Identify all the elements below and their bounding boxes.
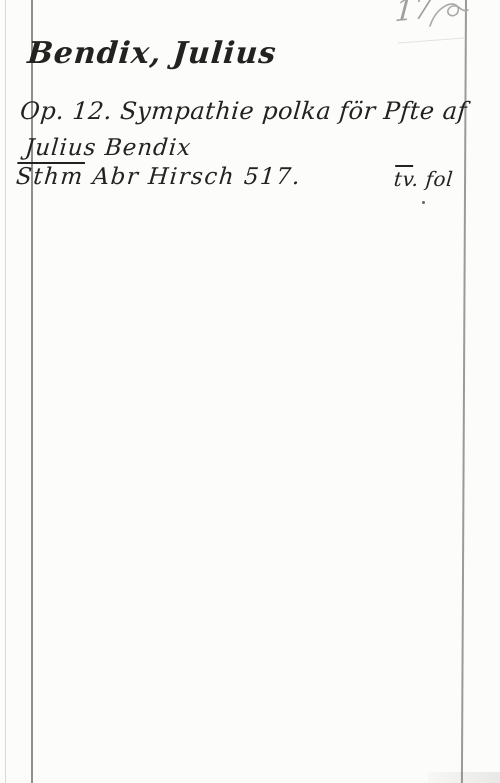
format-abbrev: tv — [393, 167, 413, 191]
entry-heading-name: Bendix, Julius — [26, 36, 278, 71]
catalog-card: 17 Bendix, Julius Op. 12. Sympathie polk… — [0, 0, 500, 783]
ink-speck — [422, 201, 425, 204]
imprint-publisher-plate: Abr Hirsch 517. — [83, 164, 303, 190]
entry-format-note: tv. fol — [393, 167, 454, 191]
scan-smudge — [428, 772, 500, 783]
pencil-hairline-stroke — [398, 36, 466, 46]
entry-title-line: Op. 12. Sympathie polka för Pfte af — [19, 97, 468, 125]
entry-author-line: Julius Bendix — [24, 135, 192, 161]
left-outer-rule — [5, 0, 6, 783]
imprint-place-abbrev: Sthm — [15, 164, 85, 190]
format-suffix: . fol — [411, 167, 454, 191]
entry-imprint-line: Sthm Abr Hirsch 517. — [15, 164, 302, 190]
